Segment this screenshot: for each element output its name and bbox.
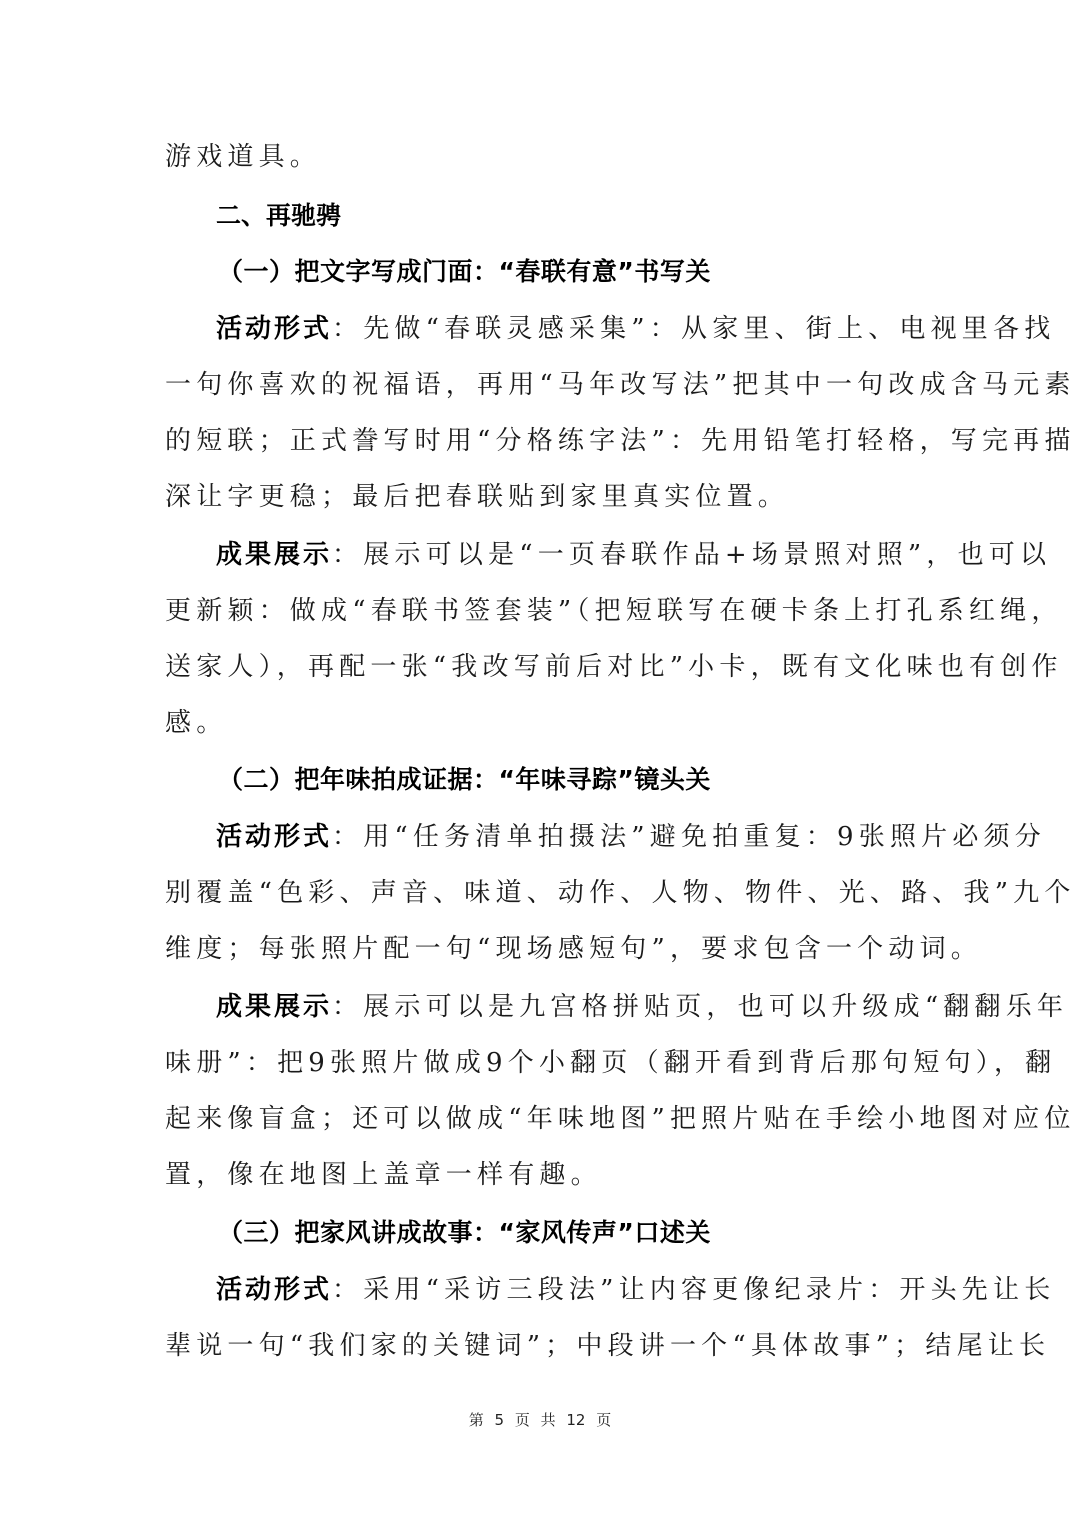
subsection-title-1: （一）把文字写成门面：“春联有意”书写关 [218,255,711,289]
paragraph-line: 更新颖：做成“春联书签套装”（把短联写在硬卡条上打孔系红绳， [165,594,917,628]
paragraph-line: 一句你喜欢的祝福语，再用“马年改写法”把其中一句改成含马元素 [165,368,917,402]
paragraph-line: 别覆盖“色彩、声音、味道、动作、人物、物件、光、路、我”九个 [165,876,917,910]
paragraph-line: 起来像盲盒；还可以做成“年味地图”把照片贴在手绘小地图对应位 [165,1102,917,1136]
paragraph-line: 感。 [165,706,917,740]
activity-label: 活动形式 [216,822,332,852]
subsection-title-2: （二）把年味拍成证据：“年味寻踪”镜头关 [218,763,711,797]
document-page: 游戏道具。 二、再驰骋 （一）把文字写成门面：“春联有意”书写关 活动形式：先做… [0,0,1080,1527]
paragraph-line: 深让字更稳；最后把春联贴到家里真实位置。 [165,480,917,514]
paragraph-line: 成果展示：展示可以是九宫格拼贴页，也可以升级成“翻翻乐年 [216,990,917,1024]
activity-label: 活动形式 [216,314,332,344]
paragraph-line: 维度；每张照片配一句“现场感短句”，要求包含一个动词。 [165,932,917,966]
paragraph-line: 辈说一句“我们家的关键词”；中段讲一个“具体故事”；结尾让长 [165,1329,917,1363]
paragraph-line: 活动形式：用“任务清单拍摄法”避免拍重复：9张照片必须分 [216,820,917,854]
paragraph-line: 送家人），再配一张“我改写前后对比”小卡，既有文化味也有创作 [165,650,917,684]
page-footer: 第 5 页 共 12 页 [0,1409,1080,1430]
paragraph-line: 的短联；正式誊写时用“分格练字法”：先用铅笔打轻格，写完再描 [165,424,917,458]
paragraph-line: 置，像在地图上盖章一样有趣。 [165,1158,917,1192]
section-heading: 二、再驰骋 [216,199,341,233]
subsection-title-3: （三）把家风讲成故事：“家风传声”口述关 [218,1216,711,1250]
paragraph-line: 活动形式：采用“采访三段法”让内容更像纪录片：开头先让长 [216,1273,917,1307]
paragraph-line: 活动形式：先做“春联灵感采集”：从家里、街上、电视里各找 [216,312,917,346]
activity-label: 活动形式 [216,1275,332,1305]
paragraph-line: 成果展示：展示可以是“一页春联作品+场景照对照”，也可以 [216,538,917,572]
result-label: 成果展示 [216,992,332,1022]
paragraph-line: 味册”：把9张照片做成9个小翻页（翻开看到背后那句短句），翻 [165,1046,917,1080]
continuation-text: 游戏道具。 [165,140,917,174]
result-label: 成果展示 [216,540,332,570]
